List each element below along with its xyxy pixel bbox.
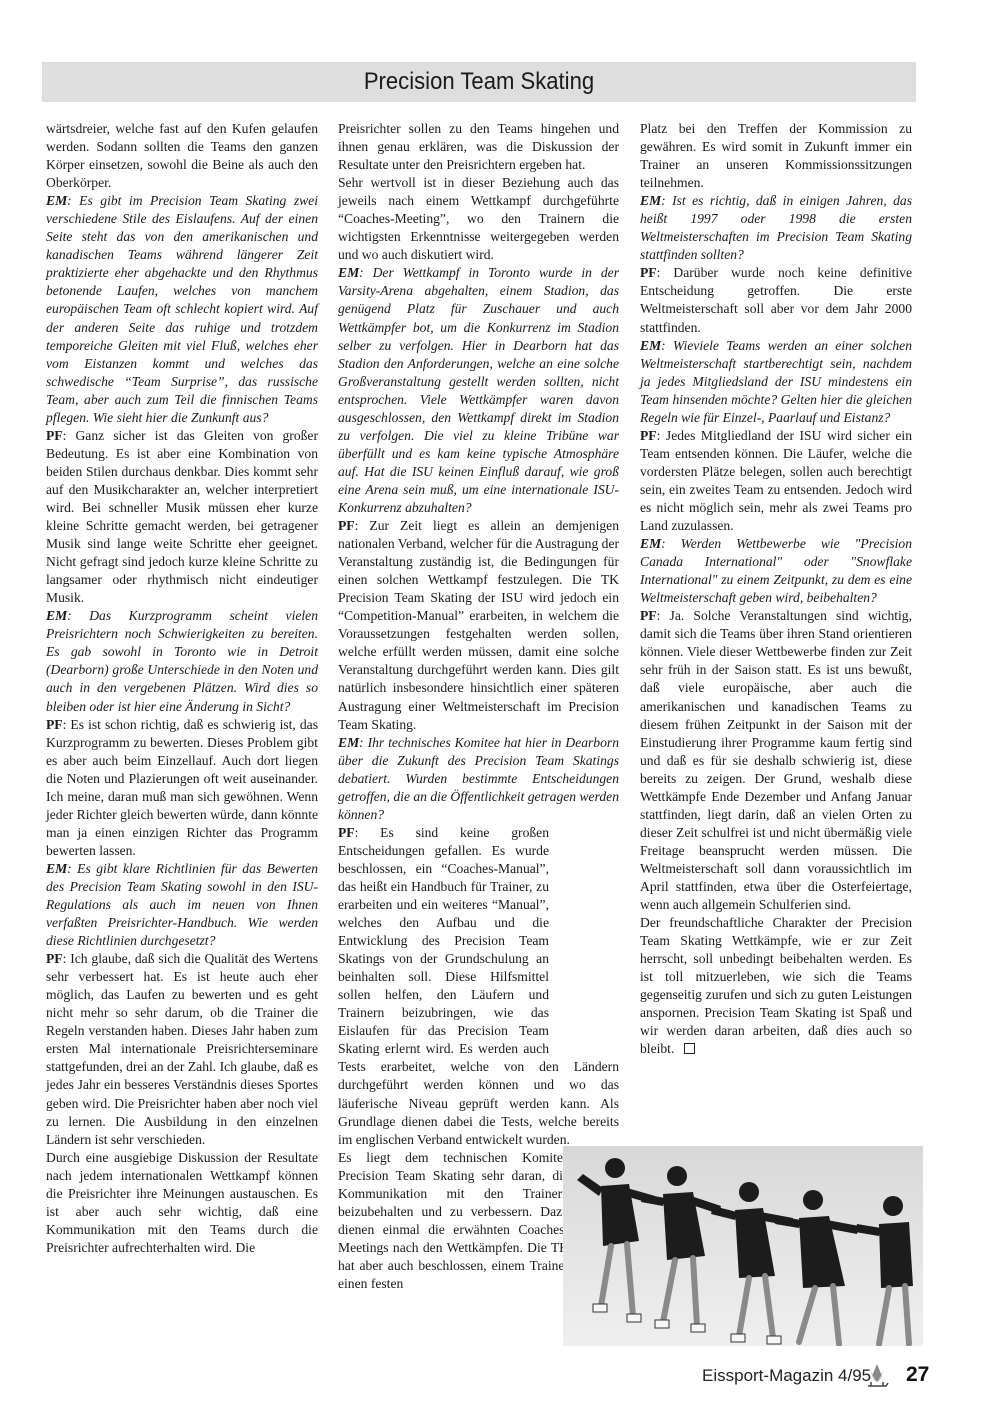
paragraph: wärtsdreier, welche fast auf den Kufen g… bbox=[46, 120, 318, 192]
photo-wrap-spacer bbox=[549, 1050, 619, 1051]
paragraph: Preisrichter sollen zu den Teams hingehe… bbox=[338, 120, 619, 174]
question-paragraph: EM: Ihr technisches Komitee hat hier in … bbox=[338, 734, 619, 824]
answer-paragraph: PF: Es sind keine großen Entscheidungen … bbox=[338, 824, 619, 1149]
question-paragraph: EM: Es gibt im Precision Team Skating zw… bbox=[46, 192, 318, 427]
question-paragraph: EM: Wieviele Teams werden an einer solch… bbox=[640, 337, 912, 427]
speaker-label: EM bbox=[640, 536, 661, 551]
answer-paragraph: PF: Ganz sicher ist das Gleiten von groß… bbox=[46, 427, 318, 607]
speaker-label: EM bbox=[338, 735, 359, 750]
skaters-photo bbox=[563, 1146, 923, 1346]
speaker-label: PF bbox=[338, 825, 355, 840]
closing-paragraph: Der freundschaftliche Charakter der Prec… bbox=[640, 914, 912, 1058]
speaker-label: PF bbox=[640, 265, 657, 280]
paragraph: Sehr wertvoll ist in dieser Beziehung au… bbox=[338, 174, 619, 264]
question-paragraph: EM: Ist es richtig, daß in einigen Jahre… bbox=[640, 192, 912, 264]
speaker-label: PF bbox=[46, 717, 63, 732]
paragraph: Platz bei den Treffen der Kommission zu … bbox=[640, 120, 912, 192]
article-column-3: Platz bei den Treffen der Kommission zu … bbox=[640, 120, 912, 1058]
answer-paragraph: PF: Ich glaube, daß sich die Qualität de… bbox=[46, 950, 318, 1149]
answer-paragraph: PF: Darüber wurde noch keine definitive … bbox=[640, 264, 912, 336]
speaker-label: PF bbox=[46, 951, 63, 966]
skate-logo-icon bbox=[862, 1362, 892, 1392]
answer-paragraph: PF: Jedes Mitgliedland der ISU wird sich… bbox=[640, 427, 912, 535]
speaker-label: EM bbox=[46, 608, 67, 623]
answer-paragraph: PF: Zur Zeit liegt es allein an demjenig… bbox=[338, 517, 619, 734]
page-title: Precision Team Skating bbox=[77, 62, 881, 102]
question-paragraph: EM: Das Kurzprogramm scheint vielen Prei… bbox=[46, 607, 318, 715]
paragraph: Es liegt dem technischen Komitee Precisi… bbox=[338, 1149, 569, 1293]
article-column-1: wärtsdreier, welche fast auf den Kufen g… bbox=[46, 120, 318, 1257]
speaker-label: EM bbox=[46, 861, 67, 876]
speaker-label: EM bbox=[640, 338, 661, 353]
speaker-label: PF bbox=[46, 428, 63, 443]
paragraph: Durch eine ausgiebige Diskussion der Res… bbox=[46, 1149, 318, 1257]
page-footer: Eissport-Magazin 4/95 27 bbox=[700, 1362, 940, 1392]
end-of-article-square-icon bbox=[684, 1043, 695, 1054]
question-paragraph: EM: Der Wettkampf in Toronto wurde in de… bbox=[338, 264, 619, 517]
answer-paragraph: PF: Es ist schon richtig, daß es schwier… bbox=[46, 716, 318, 860]
answer-paragraph: PF: Ja. Solche Veranstaltungen sind wich… bbox=[640, 607, 912, 914]
speaker-label: EM bbox=[46, 193, 67, 208]
speaker-label: PF bbox=[640, 608, 657, 623]
speaker-label: EM bbox=[640, 193, 661, 208]
page-number: 27 bbox=[906, 1363, 929, 1387]
skaters-illustration-icon bbox=[563, 1146, 923, 1346]
question-paragraph: EM: Werden Wettbewerbe wie "Precision Ca… bbox=[640, 535, 912, 607]
article-column-2: Preisrichter sollen zu den Teams hingehe… bbox=[338, 120, 619, 1293]
title-banner: Precision Team Skating bbox=[42, 62, 916, 102]
question-paragraph: EM: Es gibt klare Richtlinien für das Be… bbox=[46, 860, 318, 950]
speaker-label: PF bbox=[338, 518, 355, 533]
speaker-label: EM bbox=[338, 265, 359, 280]
magazine-issue: Eissport-Magazin 4/95 bbox=[702, 1366, 871, 1386]
speaker-label: PF bbox=[640, 428, 657, 443]
